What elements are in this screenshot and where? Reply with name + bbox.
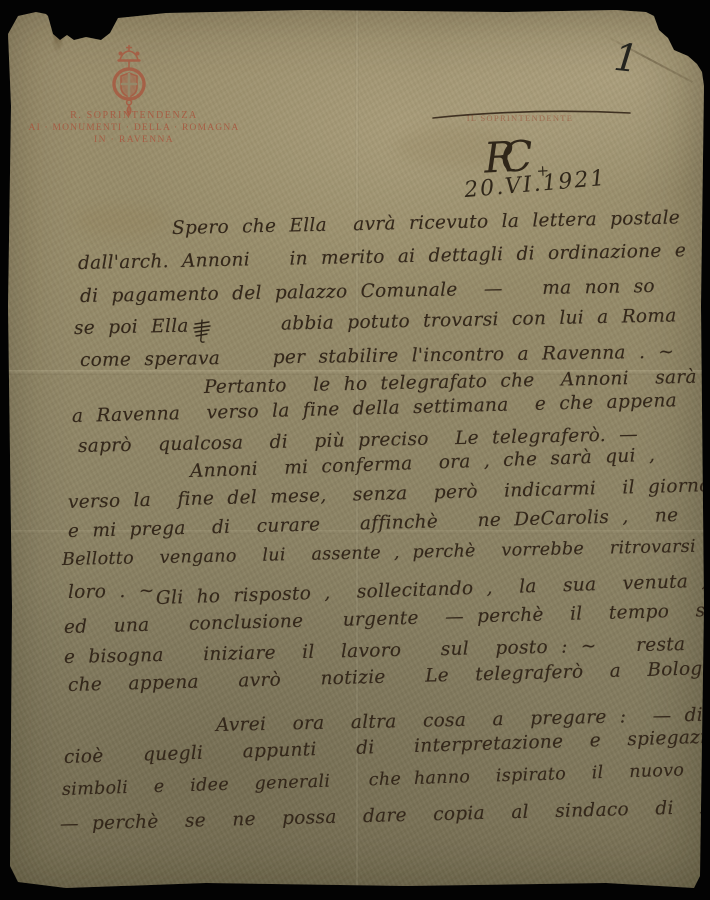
letter-page: R. SOPRINTENDENZA AI · MONUMENTI · DELLA… [6,6,704,892]
letterhead: R. SOPRINTENDENZA AI · MONUMENTI · DELLA… [28,110,240,145]
letterhead-crest-icon [96,44,162,116]
handwritten-line: loro . ~ [68,580,155,603]
letterhead-line-1: R. SOPRINTENDENZA [28,110,240,121]
pen-strike-line [430,106,634,122]
page-number: 1 [612,35,641,81]
letterhead-line-2: AI · MONUMENTI · DELLA · ROMAGNA [28,123,240,133]
letterhead-line-3: IN · RAVENNA [28,135,240,145]
paper-stain [76,206,166,236]
scratched-out-word-icon [192,318,212,346]
scan-background: R. SOPRINTENDENZA AI · MONUMENTI · DELLA… [0,0,710,900]
